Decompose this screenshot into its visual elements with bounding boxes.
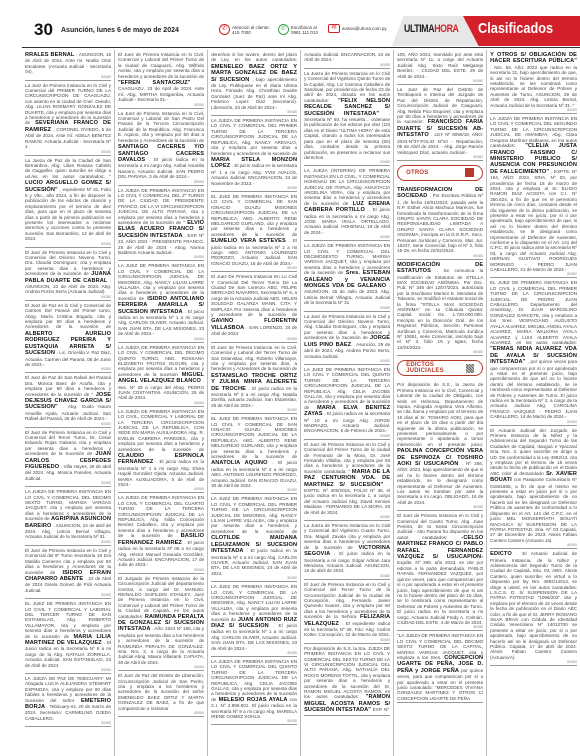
classified-ad: "LA JUEZA DE PRIMERA INSTANCIA EN LO CIV… <box>397 631 483 703</box>
classified-ad: Por disposición de S.S., la Jueza de Pri… <box>397 380 483 511</box>
ad-code: 80080 <box>118 711 204 715</box>
contact-value: 0981 111 013 <box>291 30 318 35</box>
classified-ad: Por disposición de S.S. la Sra. JUEZA DE… <box>304 644 390 716</box>
ad-code: 80080 <box>304 434 390 438</box>
classified-ad: LA JUEZA DE PRIMERA INSTANCIA EN LO CIVI… <box>118 186 204 262</box>
ad-text: El Juzgado de Primera Instancia de la Ci… <box>118 576 204 619</box>
ad-code: 80080 <box>304 515 390 519</box>
classified-ad: Actuaria Judicial. ENCARNACION, 24 de Ab… <box>304 50 390 69</box>
classified-ad: EL JUEZ DE PRIMERA INSTANCIA EN LO CIVIL… <box>211 192 297 272</box>
classified-ad: LA JUEZA DE PRIMERA INSTANCIA EN LO CIVI… <box>118 343 204 407</box>
classified-ad: El Juez de Primera Instancia en lo Civil… <box>25 546 111 599</box>
ad-code: 80080 <box>397 254 483 258</box>
ad-code: 80080 <box>25 150 111 154</box>
ad-text: La Jueza de Paz de la Ciudad de San Bern… <box>25 158 111 179</box>
ad-text: . Por Escritura Pública Nº 1, de fecha 1… <box>397 193 483 253</box>
ad-code: 80080 <box>397 350 483 354</box>
ad-code: 80080 <box>211 266 297 270</box>
whatsapp-icon: ✆ <box>278 24 289 35</box>
contact-value: avisos@uhora.com.py <box>342 26 387 31</box>
ad-code: 80080 <box>211 488 297 492</box>
ad-subject-name: MELESIO ROJAS AYALA <box>216 697 289 703</box>
ad-code: 80080 <box>490 420 577 424</box>
ad-code: 80080 <box>397 625 483 629</box>
classified-ad: La Jueza de Primera Instancia en lo Civi… <box>304 69 390 167</box>
ad-code: 80080 <box>304 638 390 642</box>
ad-subject-name: EUMELIO VERA ESTEVES <box>211 238 289 244</box>
ad-code: 80080 <box>25 295 111 299</box>
ad-code: 80080 <box>211 408 297 412</box>
classified-ad: LA JUEZA DE PRIMERA INSTANCIA EN LO CIVI… <box>211 657 297 725</box>
ad-code: 80080 <box>25 481 111 485</box>
ad-code: 80080 <box>397 155 483 159</box>
classified-ad: LA JUEZA DE PRIMERA INSTANCIA EN LO CIVI… <box>490 114 577 278</box>
ad-text: El Juez de Paz en lo Civil y Comercial d… <box>25 303 111 330</box>
column-1: RRALES BERNAL . ASUNCION, 16 de Abril de… <box>22 50 115 756</box>
ad-text: . Secretaría Nº 50, ha resuelto... orden… <box>304 111 390 160</box>
classified-ad: LA JUEZA DE PAZ DE TEBICUARY- MI Abogada… <box>25 674 111 727</box>
column-6: Y OTROS S/ OBLIGACIÓN DE HACER ESCRITURA… <box>487 50 580 756</box>
ad-text: EL JUEZ DE PRIMERA INSTANCIA EN LO CIVIL… <box>211 194 297 237</box>
ad-code: 80080 <box>490 272 577 276</box>
ad-code: 80080 <box>397 505 483 509</box>
ad-code: 80080 <box>490 660 577 664</box>
ad-code: 80080 <box>118 103 204 107</box>
ad-text: LA JUEZA DE PRIMERA INSTANCIA EN LO CIVI… <box>118 495 204 538</box>
column-5: 105, AÑO 2024, tramitado por ante esta s… <box>394 50 487 756</box>
page-number: 30 <box>34 20 53 40</box>
classified-ad: EL JUEZ DE PRIMERA INSTANCIA EN LO CIVIL… <box>490 278 577 425</box>
ad-text: LA JUEZA DE PRIMERA INSTANCIA EN LO CIVI… <box>118 409 204 452</box>
classified-ad: RRALES BERNAL . ASUNCION, 16 de Abril de… <box>25 50 111 81</box>
email-contact: ✉ avisos@uhora.com.py <box>328 24 387 33</box>
ad-code: 80080 <box>304 63 390 67</box>
page-header: 30 Asunción, lunes 6 de mayo de 2024 ✆ A… <box>0 0 580 48</box>
ad-text: LA JUEZA DE PRIMERA INSTANCIA EN LO CIVI… <box>211 118 297 155</box>
ad-subject-name: ANATOLIA AQUINO <box>211 460 272 466</box>
classified-ad: El Juez de Primera Instancia en lo Civil… <box>304 580 390 644</box>
contact-value: 415 7000 <box>232 30 251 35</box>
whatsapp-contact: ✆ Escríbinos al0981 111 013 <box>278 24 318 35</box>
ad-text: El Juez de Paz del Distrito de Liberació… <box>118 673 204 710</box>
ad-text: EL JUEZ DE PRIMERA INSTANCIA EN LO CIVIL… <box>490 280 577 344</box>
ad-text: . Nº 256, AÑO: 2023, bajo apercibimiento… <box>397 461 483 505</box>
ad-code: 80080 <box>118 255 204 259</box>
column-3: derechos si los tuviere, dentro del plaz… <box>208 50 301 756</box>
ad-code: 80080 <box>211 186 297 190</box>
classified-ad: El Actuario Judicial del Juzgado de Prim… <box>490 426 577 550</box>
ad-text: LA JUEZA DE PRIMERA INSTANCIA EN LO CIVI… <box>211 659 297 702</box>
classified-ad: 105, AÑO 2024, tramitado por ante esta s… <box>397 50 483 85</box>
classified-ad: El Juez de Primera Instancia en lo Civil… <box>118 50 204 109</box>
customer-service-contact: ✆ Atención al cliente:415 7000 <box>219 24 270 35</box>
classified-ad: LA JUEZA DE PRIMERA INSTANCIA EN LO CIVI… <box>118 407 204 494</box>
classified-ad: LA JUEZA DE PRIMERA INSTANCIA EN LO CIVI… <box>118 493 204 573</box>
classified-ad: TRANSFORMACION DE SOCIEDAD . Por Escritu… <box>397 185 483 260</box>
brand-logo: ULTIMAHORA <box>404 23 459 35</box>
ad-text: con Pasaporte Comunitario Nº 01561665, a… <box>490 477 577 542</box>
ad-subject-name: Y OTROS S/ OBLIGACIÓN DE HACER ESCRITURA… <box>490 52 577 64</box>
classified-ad: LA JUEZ DE PRIMERA INSTANCIA EN LO CIVIL… <box>211 582 297 657</box>
section-tag: Clasificados <box>478 20 553 37</box>
classified-ad: El Juez de Primera Instancia en lo Civil… <box>397 511 483 631</box>
ad-code: 80080 <box>490 543 577 547</box>
ad-text: El Juez de Primera Instancia en lo Civil… <box>211 345 297 372</box>
classified-ad: La Juez de Primera Instancia en lo Civil… <box>304 312 390 365</box>
classified-ad: La Jueza de Paz de la Ciudad de San Bern… <box>25 156 111 248</box>
ad-code: 80080 <box>118 568 204 572</box>
ad-code: 80080 <box>304 359 390 363</box>
ad-text: LA JUEZ DE PRIMERA INSTANCIA EN LO CIVIL… <box>211 496 297 533</box>
classified-ad: LA JUEZA DE PRIMERA INSTANCIA EN LO CIVI… <box>211 116 297 192</box>
classified-ad: EDICTO . El Actuario Judicial de Primera… <box>490 549 577 666</box>
classified-ad: LA JUEZA DE PRIMERA INSTANCIA EN LO CIVI… <box>25 487 111 546</box>
ad-code: 80080 <box>211 651 297 655</box>
ad-subject-name: EDICTO <box>490 551 517 557</box>
section-banner: EDICTOS JUDICIALES <box>397 360 483 376</box>
ad-text: , por quince veces para que comparezcan … <box>490 359 577 419</box>
ad-code: 80080 <box>118 337 204 341</box>
ad-code: 80080 <box>118 665 204 669</box>
classified-ad: LA JUEZ DE PRIMERA INSTANCIA EN LO CIVIL… <box>118 261 204 342</box>
classified-ad: El Juzgado de Primera Instancia de la Ci… <box>118 574 204 672</box>
section-icon <box>465 168 474 177</box>
ad-code: 80080 <box>118 401 204 405</box>
classified-ad: LA JUEZ DE PRIMERA INSTANCIA EN LO CIVIL… <box>211 494 297 582</box>
ad-code: 80080 <box>25 721 111 725</box>
classified-ad: El Juez de Primera Instancia en lo Civil… <box>25 248 111 301</box>
ad-code: 80080 <box>211 719 297 723</box>
classified-ad: La Juez de Primera Instancia en lo Civil… <box>25 81 111 156</box>
phone-icon: ✆ <box>219 24 230 35</box>
ad-text: Por disposición de S.S. la Sra. JUEZA DE… <box>304 646 390 700</box>
classified-ad: EL JUEZ DE PRIMERA INSTANCIA EN LO CIVIL… <box>211 414 297 494</box>
ad-text: EXP. Nº <box>373 707 389 712</box>
classified-ad: El Juez de Paz de San Rafael del Paraná … <box>25 373 111 427</box>
section-banner-title: EDICTOS JUDICIALES <box>406 362 466 374</box>
ad-code: 80080 <box>25 593 111 597</box>
classified-ad: EL JUEZ DE PRIMERA INSTANCIA EN LO CIVIL… <box>25 599 111 674</box>
qr-code-icon <box>466 364 474 373</box>
classified-ad: derechos si los tuviere, dentro del plaz… <box>211 50 297 116</box>
ad-text: derechos si los tuviere, dentro del plaz… <box>211 52 297 62</box>
ad-text: La Juez de Primera Instancia en lo Civil… <box>118 111 204 143</box>
ad-code: 80080 <box>25 540 111 544</box>
ad-text: 105, AÑO 2024, tramitado por ante esta s… <box>397 52 483 79</box>
ad-subject-name: "EFREN SANTACRUZ" <box>118 80 203 86</box>
classified-ad: LA JUEZA (INTERINA) DE PRIMERA INSTANCIA… <box>304 166 390 241</box>
ad-text: . Se comunica la modificación de Estatut… <box>397 268 483 350</box>
classified-ad: El Juez de Primera Instancia en lo Civil… <box>211 343 297 414</box>
ad-code: 80080 <box>25 668 111 672</box>
issue-date: Asunción, lunes 6 de mayo de 2024 <box>61 27 179 34</box>
classified-ad: MODIFICACIÓN DE ESTATUTOS . Se comunica … <box>397 260 483 357</box>
email-icon: ✉ <box>328 24 340 33</box>
ad-code: 80080 <box>25 422 111 426</box>
classified-ad: El Juez de Primera Instancia en lo Civil… <box>304 440 390 521</box>
ad-code: 80080 <box>211 576 297 580</box>
column-2: El Juez de Primera Instancia en lo Civil… <box>115 50 208 756</box>
ad-code: 80080 <box>304 235 390 239</box>
ad-text: Por disposición de S.S., la Jueza de Pri… <box>397 382 483 446</box>
ad-code: 80080 <box>118 180 204 184</box>
ad-code: 80080 <box>304 574 390 578</box>
ad-text: El Juez de Primera Instancia en lo Civil… <box>118 52 204 79</box>
ad-code: 80080 <box>304 160 390 164</box>
column-4: Actuaria Judicial. ENCARNACION, 24 de Ab… <box>301 50 394 756</box>
ad-text: EL JUEZ DE PRIMERA INSTANCIA EN LO CIVIL… <box>211 416 297 459</box>
ad-code: 80080 <box>118 487 204 491</box>
classified-ad: La Juez de Paz del Distrito de Tembiapor… <box>397 85 483 161</box>
classified-ad: El Juez De Primera Instancia En Lo Civil… <box>211 272 297 342</box>
ad-code: 80080 <box>211 337 297 341</box>
classified-ad: El Juez de Paz en lo Civil y Comercial d… <box>25 301 111 373</box>
ad-text: Actuaria Judicial. ENCARNACION, 24 de Ab… <box>304 52 390 62</box>
classified-ad: La Jueza de Primera Instancia en lo Civi… <box>304 521 390 580</box>
classified-ad: El Juez de Primera Instancia en lo Civil… <box>25 428 111 488</box>
ad-text: Expdte. Nº 389, año 2023, se cite por ed… <box>397 560 483 624</box>
ad-code: 80080 <box>304 306 390 310</box>
ad-code: 80080 <box>25 367 111 371</box>
ad-code: 80080 <box>490 108 577 112</box>
classified-ad: LA JUEZ DE PRIMERA INSTANCIA EN LO CIVIL… <box>304 365 390 440</box>
ad-code: 80080 <box>25 75 111 79</box>
ad-code: 80080 <box>25 242 111 246</box>
ad-text: La Juez de Primera Instancia en lo Civil… <box>25 83 111 126</box>
section-banner-title: OTROS <box>406 170 428 176</box>
ad-text: . Nro. 56, Año: 2023 que radica en la se… <box>490 65 577 108</box>
classified-ad: El Juez de Paz del Distrito de Liberació… <box>118 671 204 717</box>
ad-text: . El Actuario Judicial de Primera Instan… <box>490 551 577 660</box>
classifieds-columns: RRALES BERNAL . ASUNCION, 16 de Abril de… <box>22 50 580 756</box>
ad-text: El Juez De Primera Instancia En Lo Civil… <box>211 274 297 317</box>
ad-code: 80080 <box>397 79 483 83</box>
classified-ad: LA JUEZA DE PRIMERA INSTANCIA EN LO CIVI… <box>304 241 390 311</box>
ad-subject-name: RRALES BERNAL <box>25 52 76 58</box>
ad-text: El Actuario Judicial del Juzgado de Prim… <box>490 428 577 476</box>
classified-ad: Y OTROS S/ OBLIGACIÓN DE HACER ESCRITURA… <box>490 50 577 114</box>
header-divider <box>22 47 580 48</box>
section-banner: OTROS <box>397 165 483 181</box>
ad-text: , EXPTE. Nº 154, AÑO: 2023, SRIA. Nº 03,… <box>490 169 577 272</box>
ad-text: , expediente Nº 31, Folio 5 y Vlto., año… <box>25 187 111 242</box>
ad-code: 80080 <box>211 110 297 114</box>
ad-text: LA JUEZ DE PRIMERA INSTANCIA EN LO CIVIL… <box>304 367 390 410</box>
classified-ad: La Juez de Primera Instancia en lo Civil… <box>118 109 204 186</box>
ad-text: . Año: 2024 Nº 180, cita y emplaza por s… <box>118 626 204 664</box>
